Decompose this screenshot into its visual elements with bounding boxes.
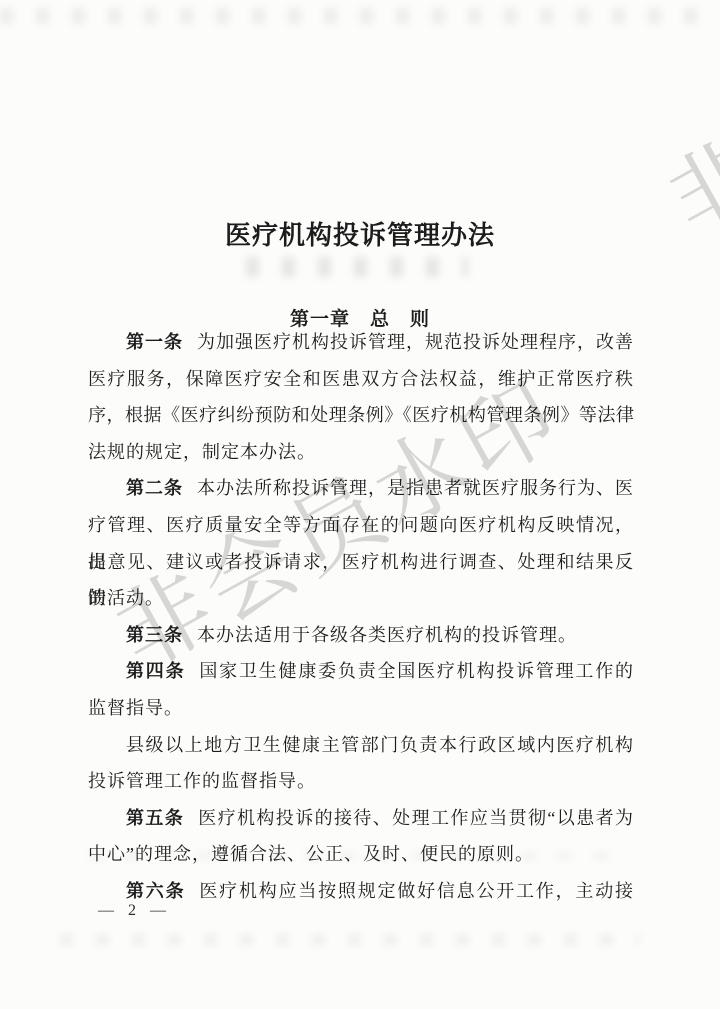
body-line: 出意见、建议或者投诉请求，医疗机构进行调查、处理和结果反馈 [88, 544, 634, 581]
body-line: 法规的规定，制定本办法。 [88, 434, 634, 471]
article-number: 第二条 [126, 478, 183, 498]
body-line: 医疗服务，保障医疗安全和医患双方合法权益，维护正常医疗秩 [88, 361, 634, 398]
body-line: 第四条国家卫生健康委负责全国医疗机构投诉管理工作的 [88, 653, 634, 690]
body-line: 投诉管理工作的监督指导。 [88, 763, 634, 800]
article-number: 第五条 [126, 808, 184, 828]
line-text: 医疗机构投诉的接待、处理工作应当贯彻“以患者为 [198, 808, 634, 828]
line-text: 的活动。 [88, 588, 164, 608]
line-text: 国家卫生健康委负责全国医疗机构投诉管理工作的 [199, 661, 634, 681]
body-line: 监督指导。 [88, 690, 634, 727]
article-number: 第六条 [126, 881, 185, 901]
body-line: 第三条本办法适用于各级各类医疗机构的投诉管理。 [88, 617, 634, 654]
line-text: 本办法所称投诉管理，是指患者就医疗服务行为、医 [197, 478, 634, 498]
body-line: 中心”的理念，遵循合法、公正、及时、便民的原则。 [88, 836, 634, 873]
article-number: 第一条 [126, 332, 183, 352]
body-text: 第一条为加强医疗机构投诉管理，规范投诉处理程序，改善医疗服务，保障医疗安全和医患… [88, 324, 634, 910]
line-text: 为加强医疗机构投诉管理，规范投诉处理程序，改善 [197, 332, 634, 352]
line-text: 投诉管理工作的监督指导。 [88, 771, 316, 791]
line-text: 县级以上地方卫生健康主管部门负责本行政区域内医疗机构 [126, 735, 634, 755]
body-line: 第一条为加强医疗机构投诉管理，规范投诉处理程序，改善 [88, 324, 634, 361]
document-page: 非会员水印 非会员水印 医疗机构投诉管理办法 第一章 总 则 第一条为加强医疗机… [0, 0, 720, 1009]
body-line: 第二条本办法所称投诉管理，是指患者就医疗服务行为、医 [88, 470, 634, 507]
bleed-through-artifact-under-title [246, 257, 468, 277]
body-line: 序，根据《医疗纠纷预防和处理条例》《医疗机构管理条例》等法律 [88, 397, 634, 434]
body-line: 县级以上地方卫生健康主管部门负责本行政区域内医疗机构 [88, 727, 634, 764]
body-line: 第五条医疗机构投诉的接待、处理工作应当贯彻“以患者为 [88, 800, 634, 837]
article-number: 第三条 [126, 625, 183, 645]
body-line: 的活动。 [88, 580, 634, 617]
body-line: 疗管理、医疗质量安全等方面存在的问题向医疗机构反映情况，提 [88, 507, 634, 544]
line-text: 医疗服务，保障医疗安全和医患双方合法权益，维护正常医疗秩 [88, 369, 634, 389]
bleed-through-artifact-bottom [60, 934, 640, 945]
bleed-through-artifact-top [0, 8, 720, 24]
article-number: 第四条 [126, 661, 185, 681]
line-text: 序，根据《医疗纠纷预防和处理条例》《医疗机构管理条例》等法律 [88, 405, 634, 425]
line-text: 医疗机构应当按照规定做好信息公开工作，主动接 [199, 881, 634, 901]
line-text: 法规的规定，制定本办法。 [88, 442, 316, 462]
document-title: 医疗机构投诉管理办法 [0, 215, 720, 252]
page-number: — 2 — [98, 902, 171, 920]
line-text: 本办法适用于各级各类医疗机构的投诉管理。 [197, 625, 577, 645]
line-text: 监督指导。 [88, 698, 183, 718]
line-text: 中心”的理念，遵循合法、公正、及时、便民的原则。 [88, 844, 534, 864]
